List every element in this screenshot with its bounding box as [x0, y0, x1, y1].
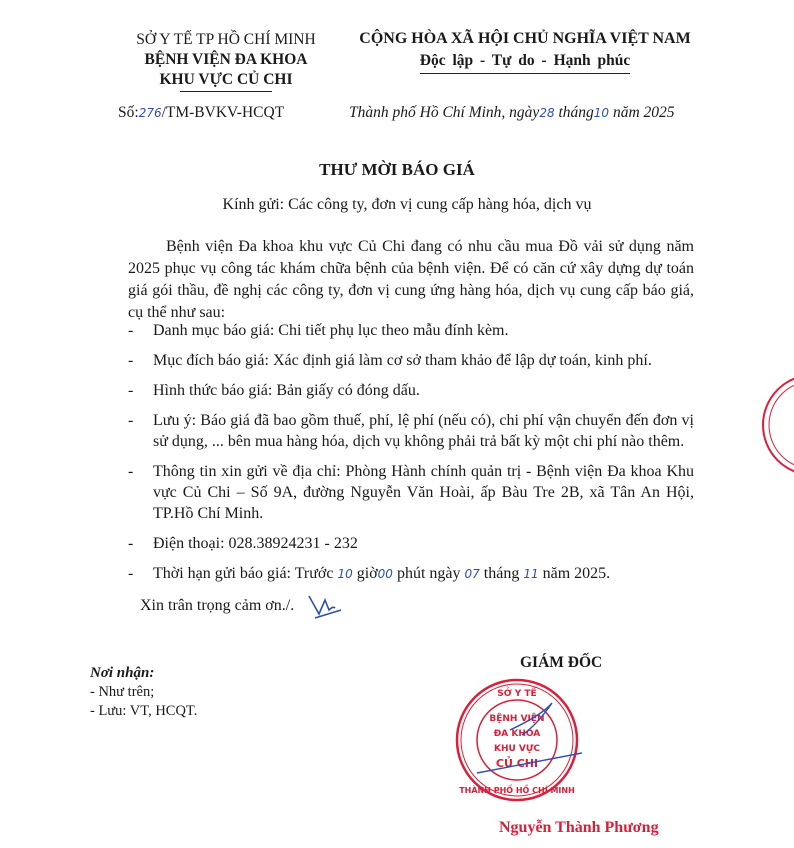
list-item-text: Lưu ý: Báo giá đã bao gồm thuế, phí, lệ …	[153, 412, 694, 450]
deadline-hour: 10	[337, 567, 352, 581]
list-item: -Danh mục báo giá: Chi tiết phụ lục theo…	[128, 320, 694, 341]
list-item: -Mục đích báo giá: Xác định giá làm cơ s…	[128, 350, 694, 371]
date-day: 28	[539, 106, 554, 120]
doc-number-prefix: Số:	[118, 104, 139, 121]
list-item-text: Danh mục báo giá: Chi tiết phụ lục theo …	[153, 322, 508, 339]
recipients-heading: Nơi nhận:	[90, 664, 197, 683]
list-item-text: Thông tin xin gửi về địa chỉ: Phòng Hành…	[153, 463, 694, 522]
svg-text:SỞ Y TẾ: SỞ Y TẾ	[497, 686, 537, 699]
list-item-text: Điện thoại: 028.38924231 - 232	[153, 535, 358, 552]
hospital-name-line2: KHU VỰC CỦ CHI	[96, 70, 356, 90]
doc-number-suffix: /TM-BVKV-HCQT	[162, 104, 285, 121]
list-item: -Hình thức báo giá: Bản giấy có đóng dấu…	[128, 380, 694, 401]
list-item-text: Hình thức báo giá: Bản giấy có đóng dấu.	[153, 382, 420, 399]
document-title: THƯ MỜI BÁO GIÁ	[0, 160, 794, 180]
date-year: năm 2025	[613, 104, 675, 121]
svg-text:KHU VỰC: KHU VỰC	[494, 744, 540, 754]
header-divider	[180, 91, 272, 92]
deadline-day: 07	[465, 567, 480, 581]
national-header: CỘNG HÒA XÃ HỘI CHỦ NGHĨA VIỆT NAM Độc l…	[345, 28, 705, 74]
document-number: Số:276/TM-BVKV-HCQT	[118, 104, 284, 122]
deadline-hour-label: giờ	[357, 565, 378, 582]
signer-name: Nguyễn Thành Phương	[499, 819, 659, 837]
date-month-label: tháng	[558, 104, 593, 121]
recipients-block: Nơi nhận: - Như trên; - Lưu: VT, HCQT.	[90, 664, 197, 721]
deadline-minute: 00	[378, 567, 393, 581]
recipient-line: Kính gửi: Các công ty, đơn vị cung cấp h…	[0, 196, 794, 214]
official-stamp-icon: SỞ Y TẾ BỆNH VIỆN ĐA KHOA KHU VỰC CỦ CHI…	[452, 675, 582, 805]
deadline-prefix: Thời hạn gửi báo giá: Trước	[153, 565, 333, 582]
nation-name: CỘNG HÒA XÃ HỘI CHỦ NGHĨA VIỆT NAM	[345, 28, 705, 50]
signer-position: GIÁM ĐỐC	[520, 654, 602, 672]
doc-number-handwritten: 276	[139, 106, 162, 120]
date-month: 10	[594, 106, 609, 120]
issuing-agency: SỞ Y TẾ TP HỒ CHÍ MINH BỆNH VIỆN ĐA KHOA…	[96, 30, 356, 92]
partial-seal-icon	[758, 370, 794, 480]
request-details-list: -Danh mục báo giá: Chi tiết phụ lục theo…	[128, 320, 694, 594]
deadline-month-label: tháng	[484, 565, 520, 582]
list-item: -Lưu ý: Báo giá đã bao gồm thuế, phí, lệ…	[128, 410, 694, 452]
list-item: -Điện thoại: 028.38924231 - 232	[128, 533, 694, 554]
deadline-year: năm 2025.	[543, 565, 611, 582]
closing-line: Xin trân trọng cảm ơn./.	[140, 597, 294, 615]
initials-mark-icon	[305, 590, 345, 620]
ministry-name: SỞ Y TẾ TP HỒ CHÍ MINH	[96, 30, 356, 50]
deadline-item: - Thời hạn gửi báo giá: Trước 10 giờ00 p…	[128, 563, 694, 585]
intro-paragraph: Bệnh viện Đa khoa khu vực Củ Chi đang có…	[128, 236, 694, 324]
list-item: -Thông tin xin gửi về địa chỉ: Phòng Hàn…	[128, 461, 694, 524]
svg-text:ĐA KHOA: ĐA KHOA	[494, 729, 541, 739]
deadline-minute-label: phút ngày	[397, 565, 461, 582]
date-prefix: Thành phố Hồ Chí Minh, ngày	[349, 104, 539, 121]
recipient-entry: - Như trên;	[90, 683, 197, 702]
deadline-month: 11	[523, 567, 538, 581]
hospital-name-line1: BỆNH VIỆN ĐA KHOA	[96, 50, 356, 70]
list-item-text: Mục đích báo giá: Xác định giá làm cơ sở…	[153, 352, 652, 369]
recipient-entry: - Lưu: VT, HCQT.	[90, 702, 197, 721]
issue-date: Thành phố Hồ Chí Minh, ngày28 tháng10 nă…	[349, 104, 675, 122]
national-motto: Độc lập - Tự do - Hạnh phúc	[420, 50, 630, 74]
